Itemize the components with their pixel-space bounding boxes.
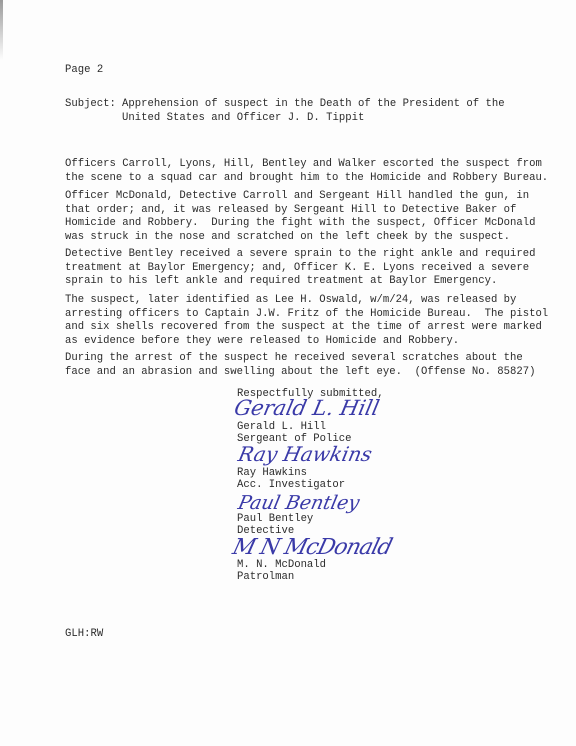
paragraph-line: treatment at Baylor Emergency; and, Offi… [65, 262, 535, 276]
paragraph-line: Detective Bentley received a severe spra… [65, 248, 535, 262]
signature-mcdonald: M N McDonald [230, 535, 394, 560]
subject-text: Apprehension of suspect in the Death of … [122, 98, 505, 125]
paragraph-line: Officer McDonald, Detective Carroll and … [65, 190, 535, 204]
subject-label: Subject: [65, 98, 116, 112]
signature-hill: Gerald L. Hill [232, 396, 381, 420]
paragraph-line: The suspect, later identified as Lee H. … [65, 294, 548, 308]
signature-hawkins: Ray Hawkins [236, 442, 374, 466]
signatory-name: Gerald L. Hill [237, 421, 351, 433]
paragraph-escort: Officers Carroll, Lyons, Hill, Bentley a… [65, 158, 548, 185]
signatory-name: Ray Hawkins [237, 467, 345, 479]
page-edge-shadow [0, 0, 3, 60]
paragraph-line: as evidence before they were released to… [65, 335, 548, 349]
paragraph-line: the scene to a squad car and brought him… [65, 172, 548, 186]
paragraph-line: Homicide and Robbery. During the fight w… [65, 217, 535, 231]
signatory-mcdonald: M. N. McDonald Patrolman [237, 559, 326, 584]
paragraph-suspect-release: The suspect, later identified as Lee H. … [65, 294, 548, 348]
page-number: Page 2 [65, 64, 103, 78]
paragraph-line: was struck in the nose and scratched on … [65, 231, 535, 245]
paragraph-line: that order; and, it was released by Serg… [65, 204, 535, 218]
paragraph-injuries: Detective Bentley received a severe spra… [65, 248, 535, 289]
signatory-title: Acc. Investigator [237, 479, 345, 491]
paragraph-line: and six shells recovered from the suspec… [65, 321, 548, 335]
subject-line: United States and Officer J. D. Tippit [122, 112, 505, 126]
reference-initials: GLH:RW [65, 628, 103, 642]
paragraph-line: sprain to his left ankle and required tr… [65, 275, 535, 289]
paragraph-line: During the arrest of the suspect he rece… [65, 352, 535, 366]
paragraph-line: arresting officers to Captain J.W. Fritz… [65, 308, 548, 322]
signatory-name: Paul Bentley [237, 513, 313, 525]
paragraph-line: Officers Carroll, Lyons, Hill, Bentley a… [65, 158, 548, 172]
signatory-hawkins: Ray Hawkins Acc. Investigator [237, 467, 345, 492]
subject-line: Apprehension of suspect in the Death of … [122, 98, 505, 112]
paragraph-line: face and an abrasion and swelling about … [65, 366, 535, 380]
signatory-title: Patrolman [237, 571, 326, 583]
signature-bentley: Paul Bentley [236, 492, 361, 514]
signatory-name: M. N. McDonald [237, 559, 326, 571]
paragraph-gun-handling: Officer McDonald, Detective Carroll and … [65, 190, 535, 244]
paragraph-suspect-injuries: During the arrest of the suspect he rece… [65, 352, 535, 379]
